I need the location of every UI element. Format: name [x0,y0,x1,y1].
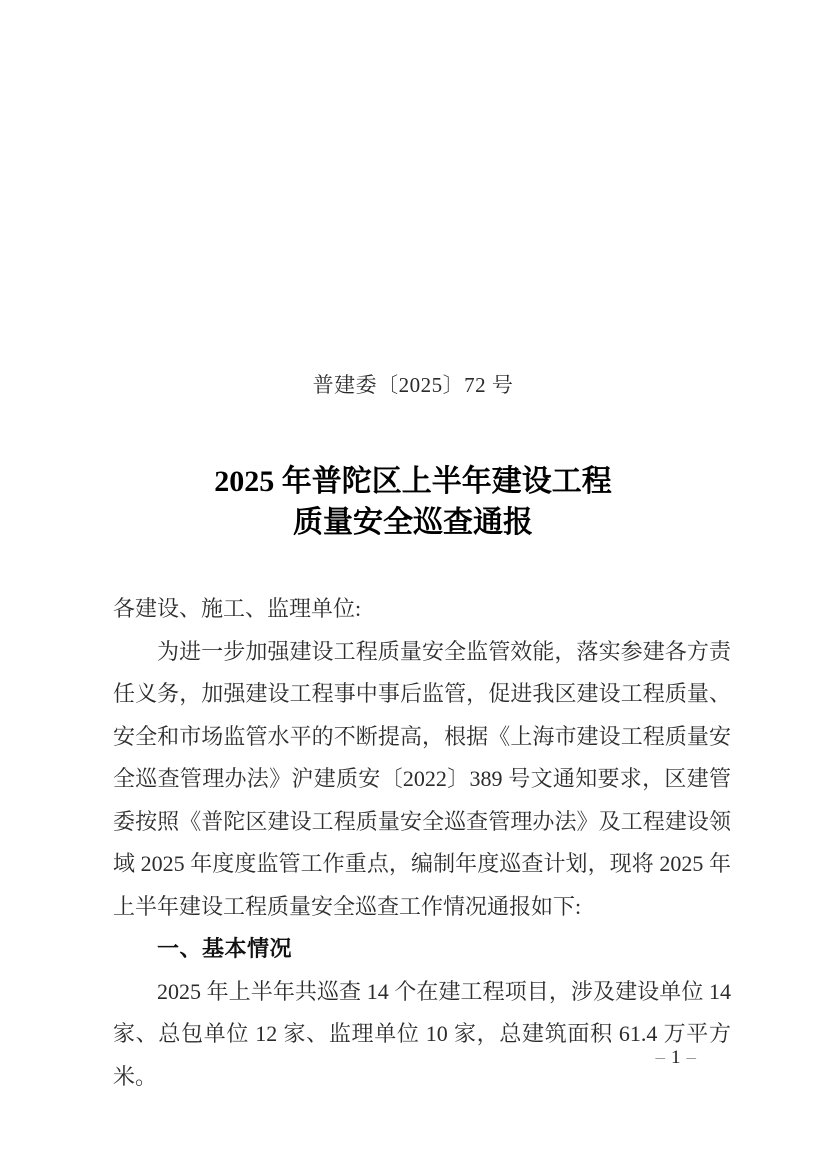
paragraph-2: 2025 年上半年共巡查 14 个在建工程项目，涉及建设单位 14 家、总包单位… [113,971,731,1099]
document-page: 普建委〔2025〕72 号 2025 年普陀区上半年建设工程 质量安全巡查通报 … [0,0,826,1169]
document-title-line-2: 质量安全巡查通报 [54,502,772,543]
document-title: 2025 年普陀区上半年建设工程 质量安全巡查通报 [54,461,772,543]
document-body: 各建设、施工、监理单位: 为进一步加强建设工程质量安全监管效能，落实参建各方责任… [113,588,731,1098]
paragraph-1: 为进一步加强建设工程质量安全监管效能，落实参建各方责任义务，加强建设工程事中事后… [113,631,731,929]
salutation-line: 各建设、施工、监理单位: [113,588,731,631]
page-number-right-dash: – [687,1047,697,1068]
page-number-value: 1 [671,1047,681,1068]
page-number-left-dash: – [656,1047,666,1068]
document-number: 普建委〔2025〕72 号 [104,370,722,400]
page-number: –1– [650,1046,703,1070]
section-1-heading: 一、基本情况 [113,928,731,971]
document-title-line-1: 2025 年普陀区上半年建设工程 [54,461,772,502]
